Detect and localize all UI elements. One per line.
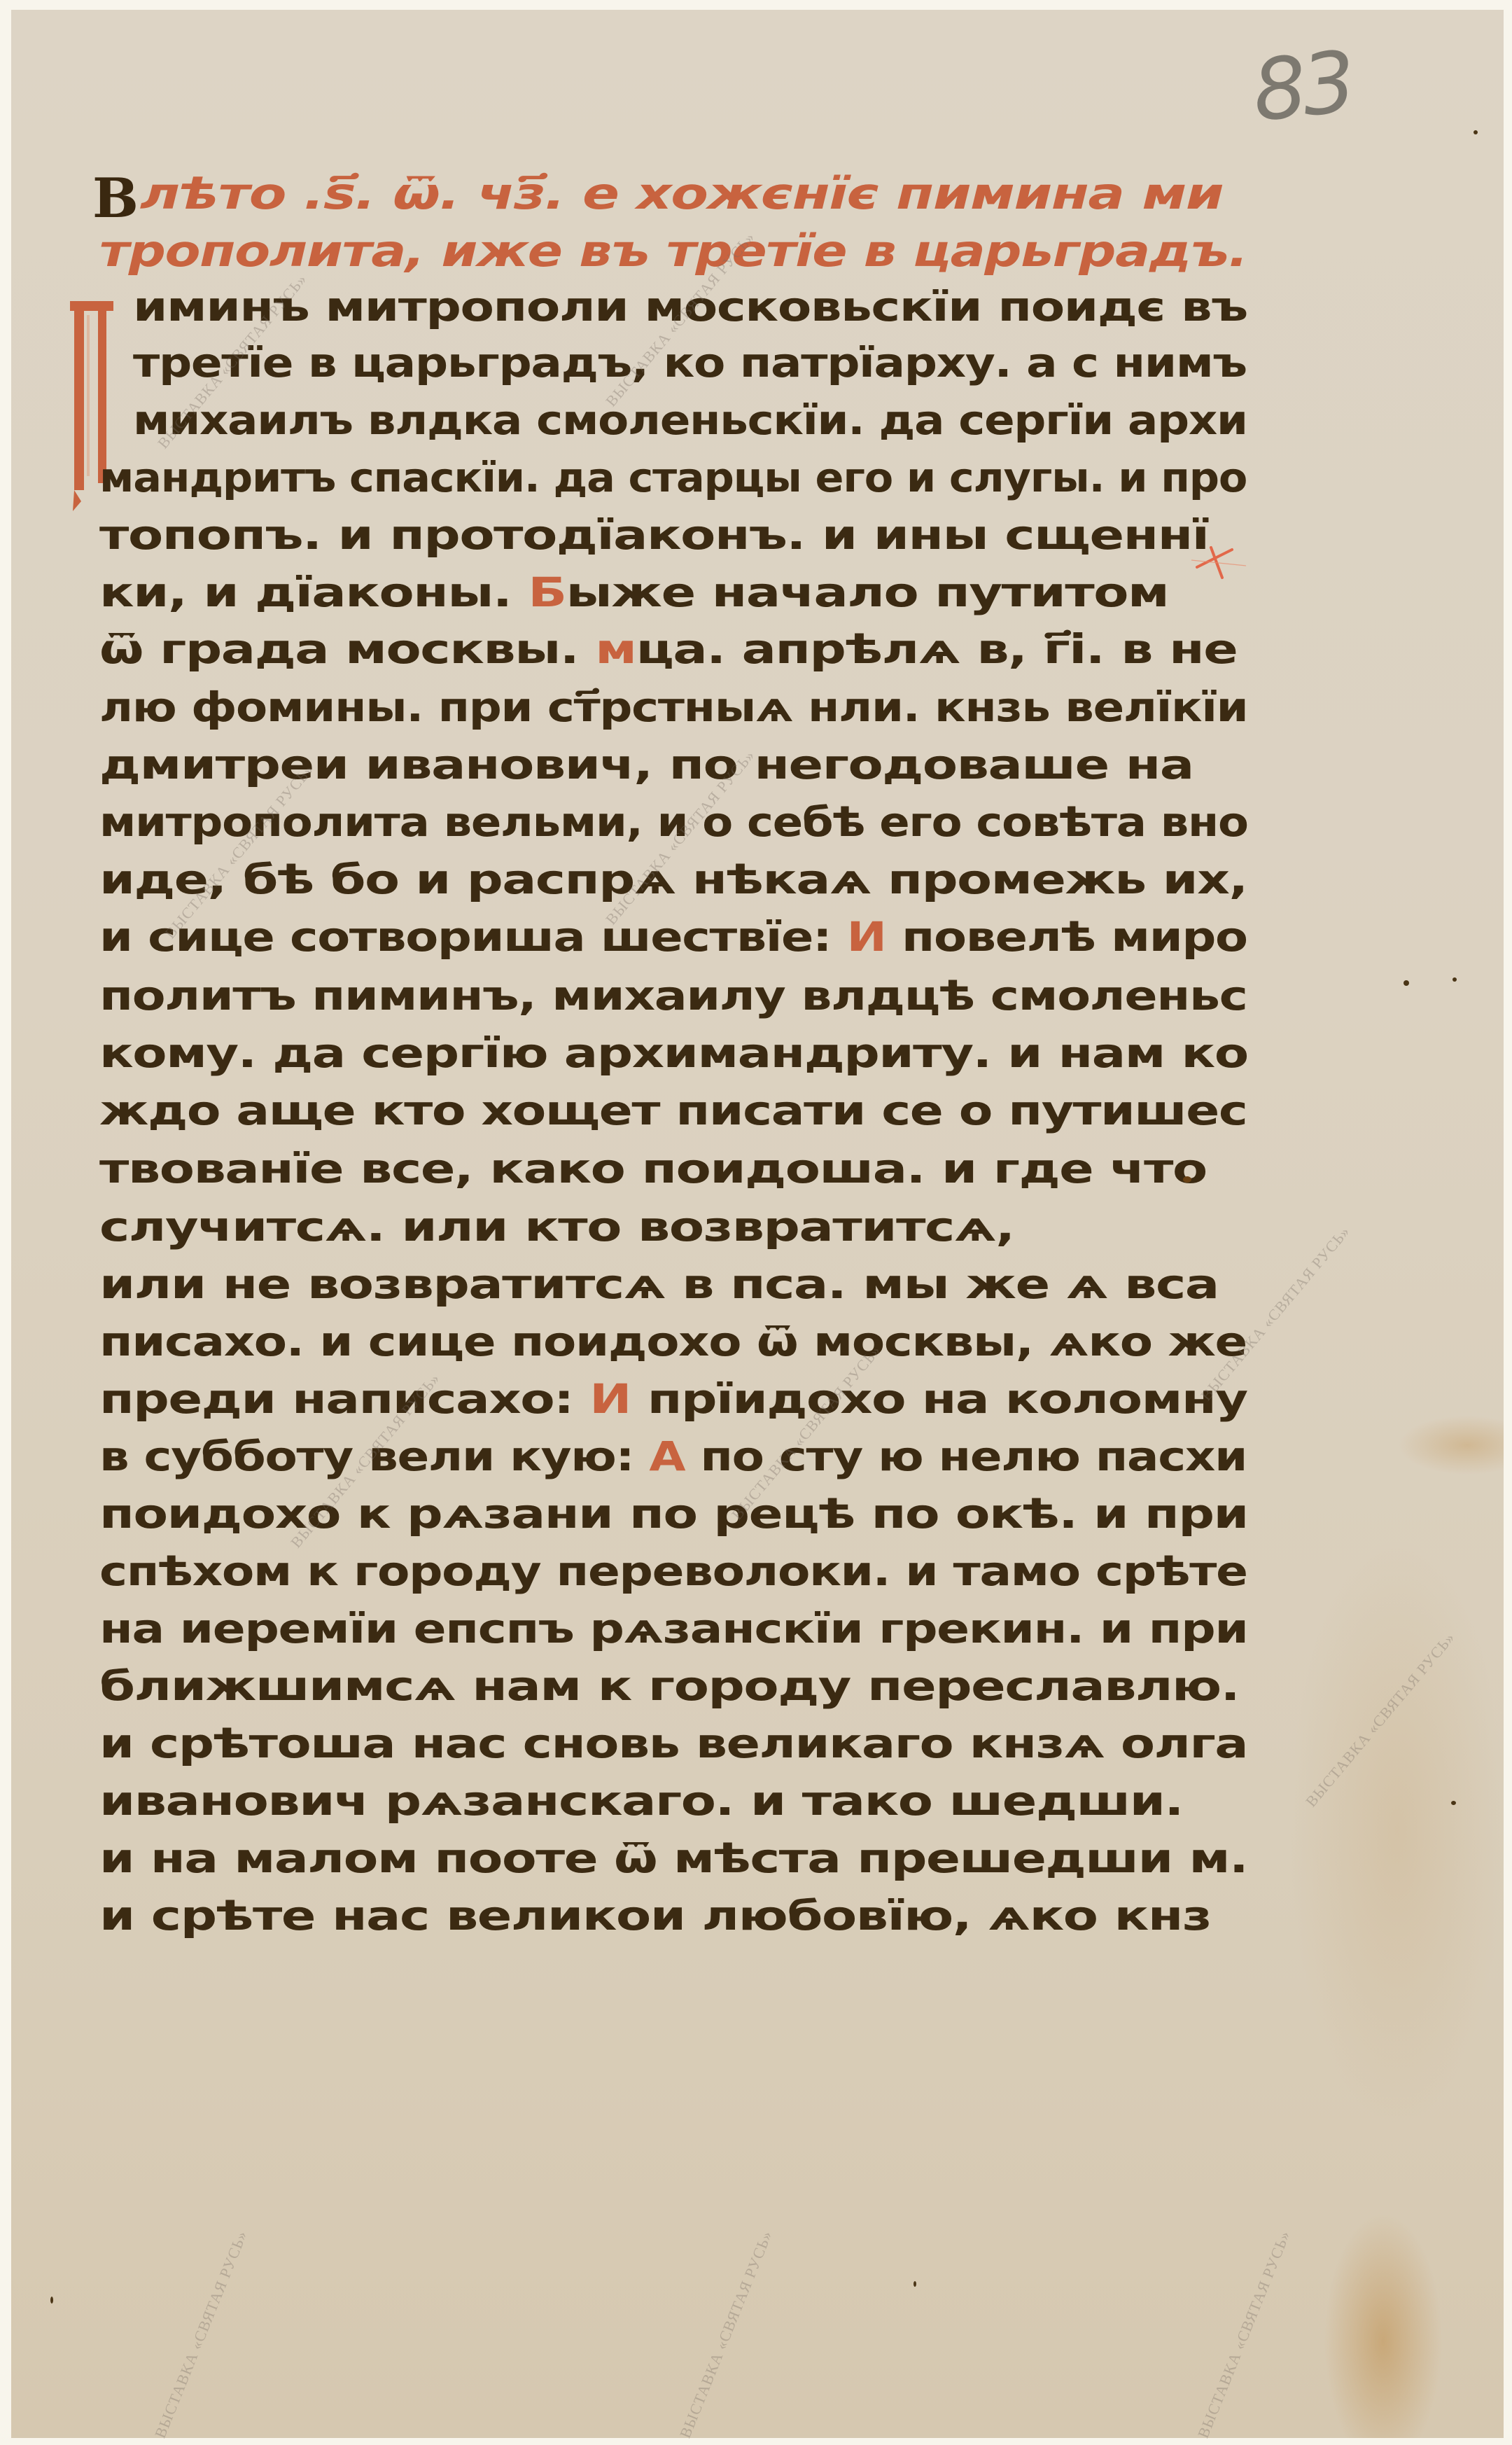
- rubricated-letter: м: [595, 625, 636, 673]
- ink-speck: [913, 2281, 916, 2287]
- ink-speck: [1452, 977, 1457, 982]
- body-line: и срѣте нас великои любовїю, ѧко кнз: [99, 1892, 1211, 1939]
- ink-speck: [1183, 1176, 1191, 1183]
- ink-speck: [1403, 980, 1409, 986]
- ink-speck: [50, 2297, 53, 2304]
- body-line: и на малом пооте ѿ мѣста прешедши м.: [99, 1834, 1247, 1882]
- body-line: ѿ града москвы. мца. апрѣлѧ в, г҃і. в не: [99, 625, 1237, 673]
- heading-line-1: лѣто .ѕ҃. ѿ. чз҃. е хожєнїє пимина ми: [140, 168, 1223, 219]
- body-line: преди написахо: И прїидохо на коломну: [99, 1375, 1247, 1423]
- body-line: случитсѧ. или кто возвратитсѧ,: [99, 1203, 1014, 1251]
- body-line: поидохо к рѧзани по рецѣ по окѣ. и при: [99, 1490, 1248, 1538]
- body-line: в субботу вели кую: А по сту ю нелю пасх…: [99, 1433, 1247, 1480]
- body-line: писахо. и сице поидохо ѿ москвы, ѧко же: [99, 1318, 1247, 1365]
- rubricated-letter: И: [589, 1375, 631, 1423]
- body-line: на иеремїи епспъ рѧзанскїи грекин. и при: [99, 1605, 1248, 1652]
- rubricated-letter: Б: [528, 569, 566, 616]
- body-line: твованїе все, како поидоша. и где что: [99, 1145, 1207, 1192]
- body-line: ближшимсѧ нам к городу переславлю.: [99, 1662, 1239, 1710]
- body-line: ждо аще кто хощет писати се о путишес: [99, 1087, 1247, 1134]
- heading-line-2: трополита, иже въ третїе в царьградъ.: [99, 225, 1247, 277]
- rubricated-letter: А: [649, 1433, 685, 1480]
- heading-initial: В: [92, 167, 139, 230]
- body-line: топопъ. и протодїаконъ. и ины сщеннї: [99, 511, 1208, 559]
- body-line: иде, бѣ бо и распрѧ нѣкаѧ промежь их,: [99, 856, 1247, 903]
- body-line: или не возвратитсѧ в пса. мы же ѧ вса: [99, 1260, 1219, 1308]
- body-line: дмитреи иванович, по негодоваше на: [99, 741, 1193, 788]
- body-line: спѣхом к городу переволоки. и тамо срѣте: [99, 1547, 1247, 1595]
- body-line: третїе в царьградъ, ко патрїарху. а с ни…: [133, 339, 1247, 386]
- body-line: и сице сотвориша шествїе: И повелѣ миро: [99, 913, 1247, 961]
- body-line: кому. да сергїю архимандриту. и нам ко: [99, 1029, 1248, 1077]
- body-line: политъ пиминъ, михаилу влдцѣ смоленьс: [99, 972, 1247, 1019]
- body-line: михаилъ влдка смоленьскїи. да сергїи арх…: [133, 396, 1247, 444]
- body-line: ки, и дїаконы. Быже начало путитом: [99, 569, 1168, 616]
- folio-number: 83: [1248, 34, 1356, 141]
- body-line: и срѣтоша нас сновь великаго кнзѧ олга: [99, 1720, 1247, 1767]
- ink-speck: [1451, 1801, 1456, 1805]
- body-line: лю фомины. при ст҃рстныѧ нли. кнзь велїк…: [99, 683, 1247, 731]
- rubricated-letter: И: [847, 913, 886, 961]
- body-line: иванович рѧзанскаго. и тако шедши.: [99, 1777, 1183, 1825]
- ink-speck: [1473, 130, 1478, 134]
- body-line: мандритъ спаскїи. да старцы его и слугы.…: [99, 454, 1247, 501]
